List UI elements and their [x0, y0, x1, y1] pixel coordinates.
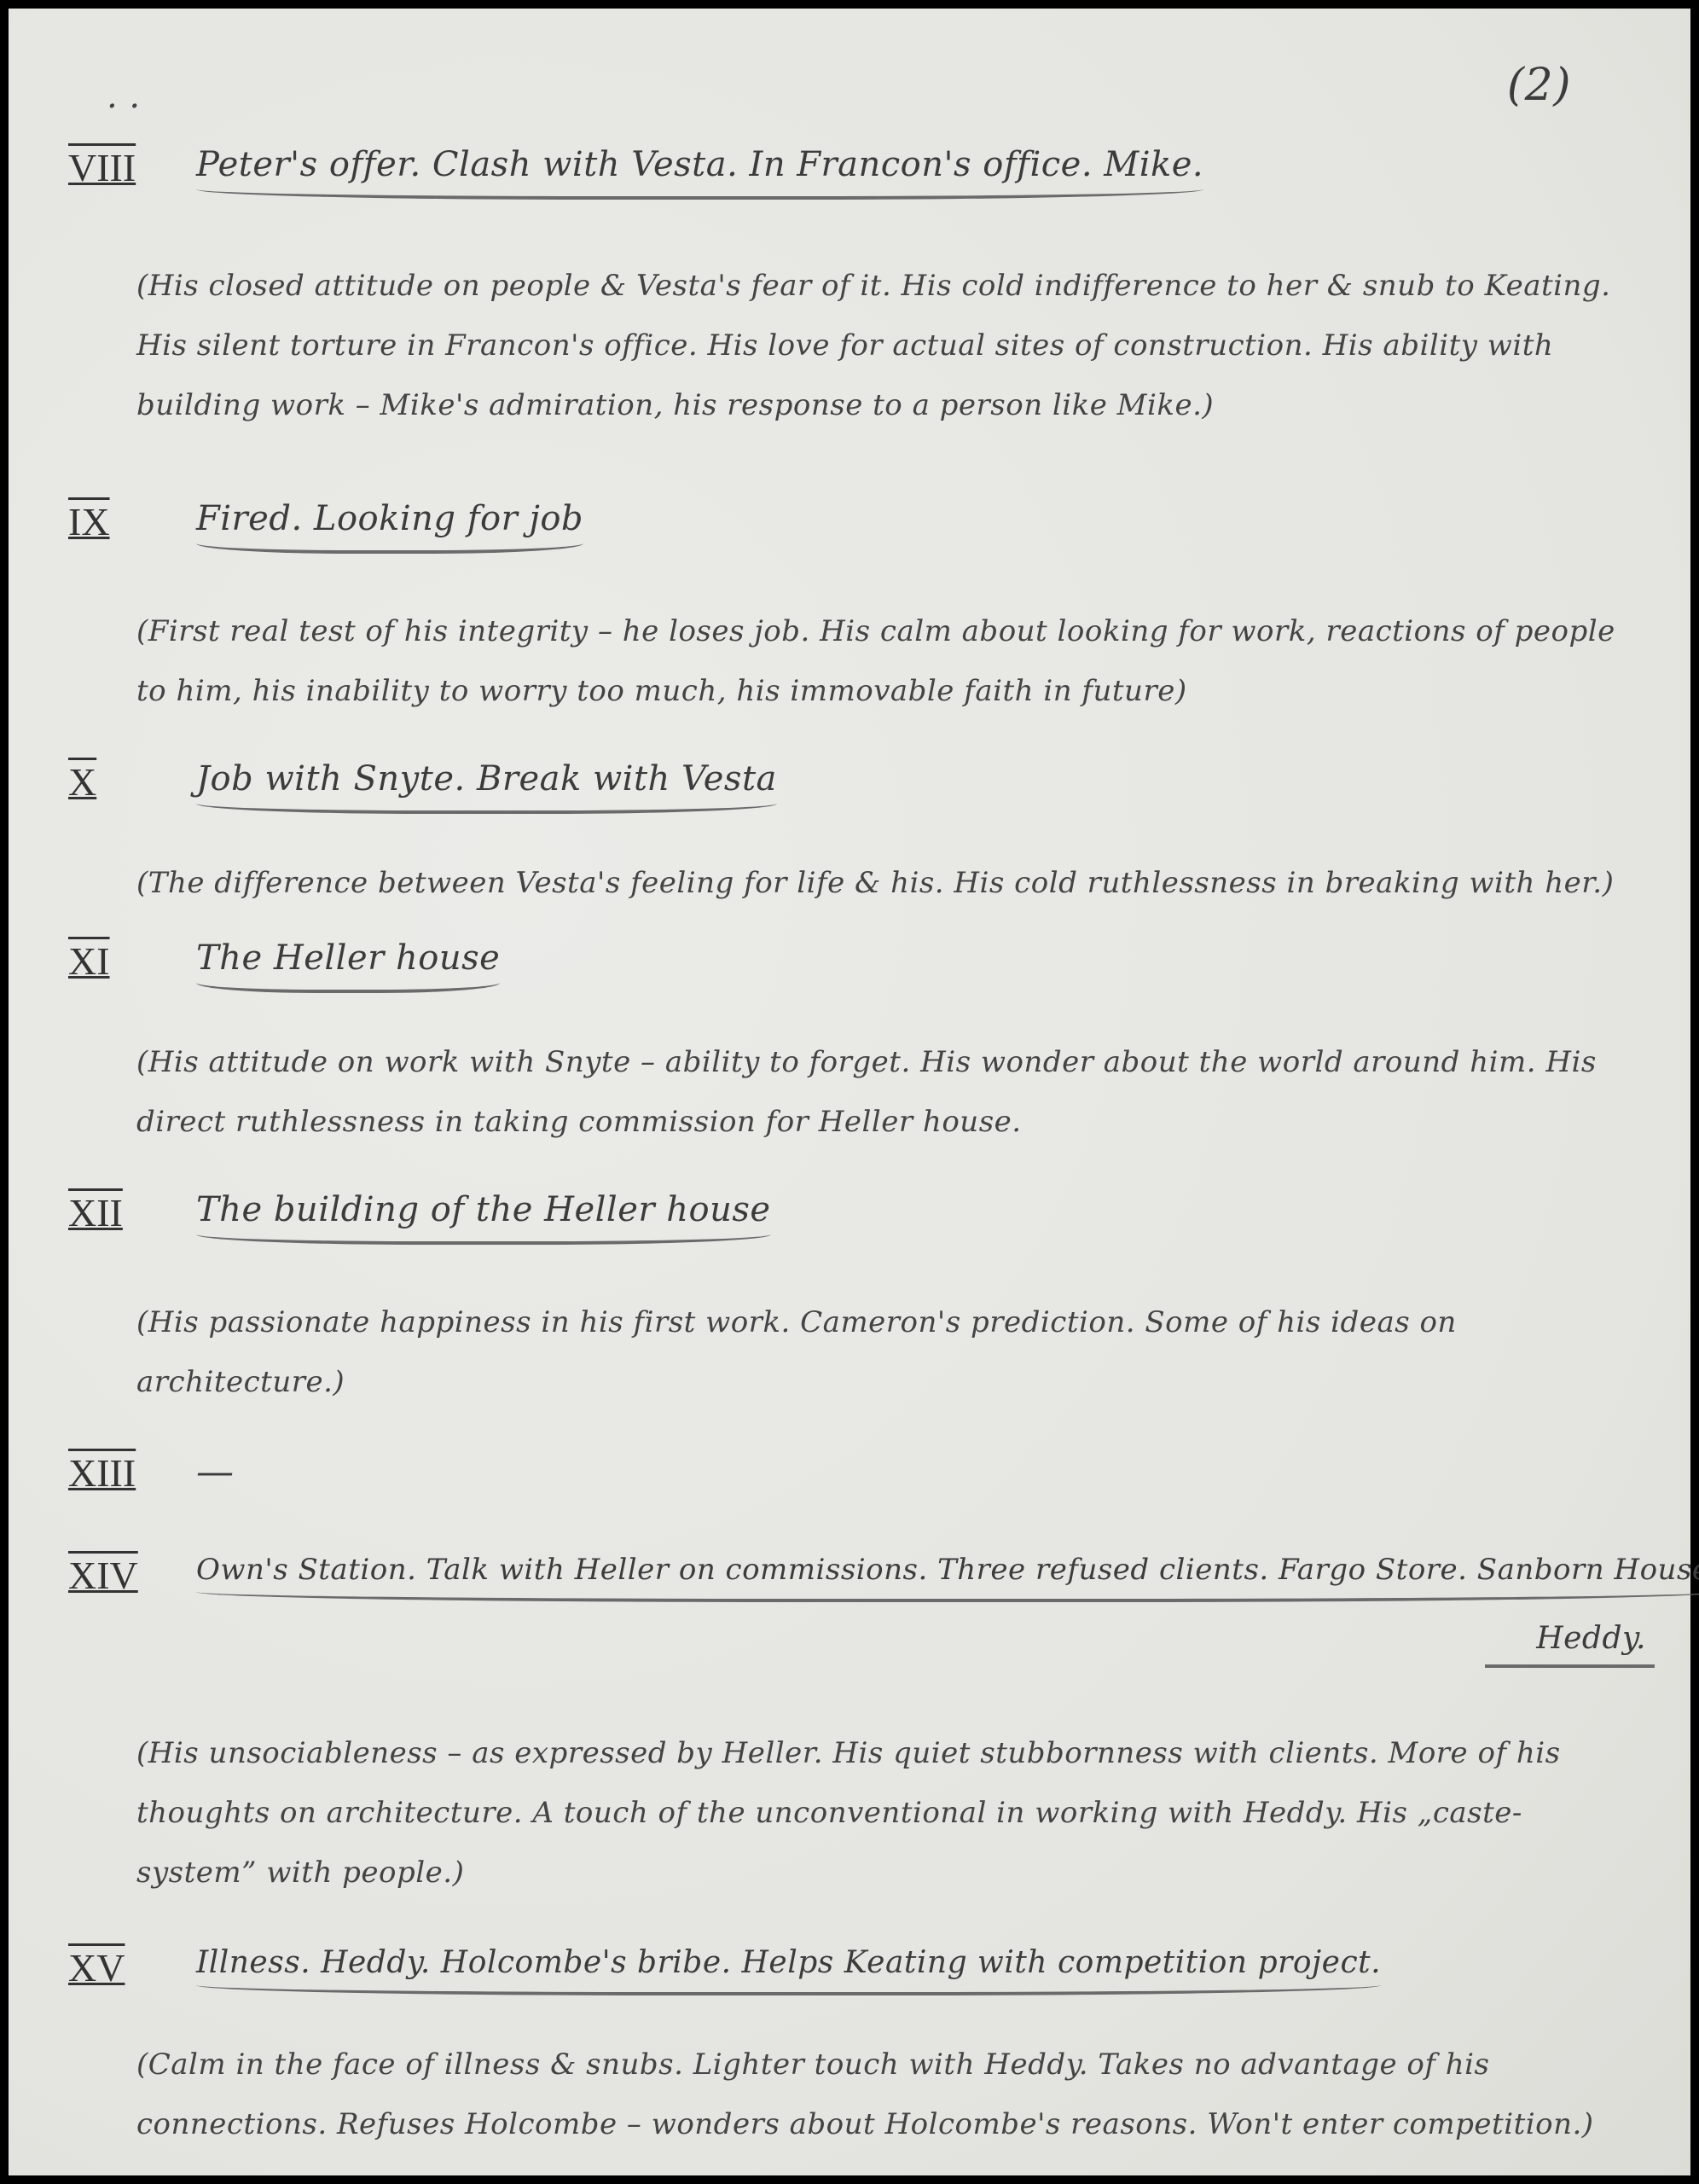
section-numeral: XIV	[68, 1553, 138, 1598]
section-numeral: X	[68, 759, 96, 804]
section-numeral: XI	[68, 938, 110, 984]
section-note: (The difference between Vesta's feeling …	[136, 853, 1638, 913]
pencil-marks: . .	[107, 77, 141, 116]
section-heading: Job with Snyte. Break with Vesta	[196, 759, 777, 814]
manuscript-page: . . (2) VIII Peter's offer. Clash with V…	[9, 9, 1690, 2175]
section-numeral: VIII	[68, 145, 136, 190]
section-numeral: XV	[68, 1945, 125, 1990]
section-note: (His closed attitude on people & Vesta's…	[136, 256, 1638, 435]
section-note: (His unsociableness – as expressed by He…	[136, 1723, 1638, 1902]
section-note: (Calm in the face of illness & snubs. Li…	[136, 2035, 1638, 2154]
section-heading: Own's Station. Talk with Heller on commi…	[196, 1553, 1699, 1602]
section-heading: Fired. Looking for job	[196, 499, 583, 554]
section-heading: —	[196, 1450, 235, 1494]
section-numeral: XIII	[68, 1450, 136, 1496]
section-numeral: IX	[68, 499, 110, 544]
page-number: (2)	[1507, 60, 1571, 111]
section-numeral: XII	[68, 1190, 123, 1235]
section-heading: The building of the Heller house	[196, 1190, 771, 1245]
section-heading: The Heller house	[196, 938, 500, 993]
section-note: (First real test of his integrity – he l…	[136, 601, 1638, 721]
section-heading-continued: Heddy.	[1485, 1621, 1655, 1668]
section-note: (His attitude on work with Snyte – abili…	[136, 1032, 1638, 1152]
section-heading: Peter's offer. Clash with Vesta. In Fran…	[196, 145, 1203, 200]
section-note: (His passionate happiness in his first w…	[136, 1292, 1638, 1412]
section-heading: Illness. Heddy. Holcombe's bribe. Helps …	[196, 1945, 1381, 1995]
